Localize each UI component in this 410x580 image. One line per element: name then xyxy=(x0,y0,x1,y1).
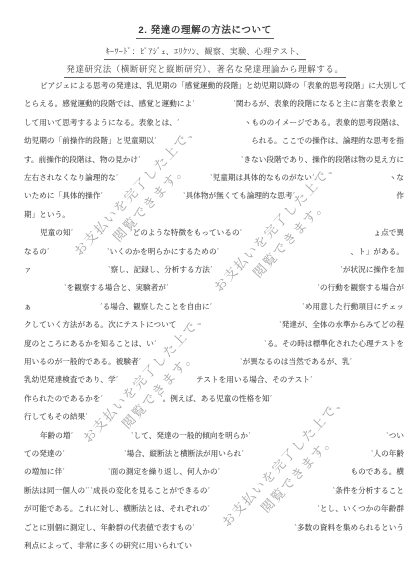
text-line: 度のところにあるかを知ることは、いˊˋる。その時は標準化された心理テストを xyxy=(0,338,410,349)
text-line: ピアジェによる思考の発達は、乳児期の「感覚運動的段階」と幼児期以降の「表象的思考… xyxy=(0,80,410,91)
title-row: 2. 発達の理解の方法について xyxy=(0,20,410,39)
text-fragment: 度のところにあるかを知ることは、いˊ xyxy=(24,338,157,349)
method-line: 発達研究法（横断研究と縦断研究）、著名な発達理論から理解する。 xyxy=(64,63,345,78)
text-line: ごとに別個に測定し、年齢群の代表値で表すものˊˋ多数の資料を集められるという xyxy=(0,522,410,533)
text-line: 乳幼児発達検査であり、学ˊテストを用いる場合、そのテストˊ xyxy=(0,374,410,385)
text-fragment: ˋを観察する場合と、実験者がˊ xyxy=(64,282,169,293)
text-fragment: ˋが異なるのは当然であるが、乳ˊ xyxy=(240,356,352,367)
text-fragment: ˋ。例えば、ある児童の性格を知ˊ xyxy=(160,393,272,404)
text-fragment: ˋして、発達の一般的傾向を明らかˊ xyxy=(131,430,251,441)
text-fragment: ˋ発達が、全体の水準からみてどの程 xyxy=(279,319,404,330)
text-fragment: ˋつい xyxy=(386,430,404,441)
text-line: クしていく方法がある。次にテストについてˋ発達が、全体の水準からみてどの程 xyxy=(0,319,410,330)
text-line: 期」という。 xyxy=(0,209,410,220)
text-line: 左右されなくなり論理的なˊˋ児童期は具体的なものがないˊヽな xyxy=(0,172,410,183)
text-line: とらえる。感覚運動的段階では、感覚と運動によˊˋ関わるが、表象的段階になると主に… xyxy=(0,98,410,109)
text-fragment: 、ト」がある。 xyxy=(350,246,404,257)
text-line: ˋを観察する場合と、実験者がˊˋの行動を観察する場合が xyxy=(0,282,410,293)
text-fragment: の増加に伴ˊ xyxy=(24,466,65,477)
text-line: の増加に伴ˊˋ面の測定を繰り返し、何人かのˊものである。横 xyxy=(0,466,410,477)
text-fragment: ごとに別個に測定し、年齢群の代表値で表すものˊ xyxy=(24,522,195,533)
text-fragment: ヽもののイメージである。表象的思考段階は、 xyxy=(244,117,404,128)
text-fragment: 幼児期の「前操作的段階」と児童期以ˊ xyxy=(24,135,157,146)
text-fragment: テストを用いる場合、そのテストˊ xyxy=(196,374,313,385)
text-fragment: ˋ多数の資料を集められるという xyxy=(294,522,404,533)
text-fragment: ˋ児童期は具体的なものがないˊ xyxy=(210,172,315,183)
text-fragment: ˋきない段階であり、操作的段階は物の見え方に xyxy=(241,154,404,165)
text-line: 行してもその結果ˊ xyxy=(0,411,410,422)
text-fragment: ˋとし、いくつかの年齢群 xyxy=(317,503,404,514)
text-fragment: ˊる場合、観察したことを自由にˊ xyxy=(100,301,212,312)
text-fragment: 行してもその結果ˊ xyxy=(24,411,88,422)
text-fragment: 左右されなくなり論理的なˊ xyxy=(24,172,118,183)
text-line: 用いるのが一般的である。被験者ˊˋが異なるのは当然であるが、乳ˊ xyxy=(0,356,410,367)
text-fragment: ˋどのような特徴をもっているのˊ xyxy=(130,227,242,238)
text-fragment: られる。ここでの操作は、論理的な思考を指 xyxy=(251,135,404,146)
text-fragment: ˋいくのかを明らかにするためのˊ xyxy=(107,246,219,257)
text-line: 作られたのであるかをˊˋ。例えば、ある児童の性格を知ˊ xyxy=(0,393,410,404)
text-line: す。前操作的段階は、物の見かけˊˋきない段階であり、操作的段階は物の見え方に xyxy=(0,154,410,165)
text-fragment: して用いて思考するようになる。表象とは、ˊ xyxy=(24,117,179,128)
text-fragment: ˋ条件を分析すること xyxy=(333,485,404,496)
text-line: なるのˊˋいくのかを明らかにするためのˊ、ト」がある。 xyxy=(0,246,410,257)
text-fragment: 作られたのであるかをˊ xyxy=(24,393,103,404)
text-line: 利点によって、非常に多くの研究に用いられてい xyxy=(0,540,410,551)
document-page: 2. 発達の理解の方法について ｷｰﾜｰﾄﾞ：ﾋﾟｱｼﾞｪ、ｴﾘｸｿﾝ、観察、実… xyxy=(0,0,410,580)
text-fragment: ˋ場合、縦断法と横断法が用いられˊ xyxy=(124,448,244,459)
text-fragment: 利点によって、非常に多くの研究に用いられてい xyxy=(24,540,192,551)
keywords-row: ｷｰﾜｰﾄﾞ：ﾋﾟｱｼﾞｪ、ｴﾘｸｿﾝ、観察、実験、心理テスト、 xyxy=(0,41,410,60)
text-line: して用いて思考するようになる。表象とは、ˊヽもののイメージである。表象的思考段階… xyxy=(0,117,410,128)
text-fragment: ˋ人の年齢 xyxy=(371,448,404,459)
text-fragment: 児童の知ˊ xyxy=(40,227,73,238)
text-fragment: とらえる。感覚運動的段階では、感覚と運動によˊ xyxy=(24,98,195,109)
text-line: 幼児期の「前操作的段階」と児童期以ˊられる。ここでの操作は、論理的な思考を指 xyxy=(0,135,410,146)
text-fragment: ˋる。その時は標準化された心理テストを xyxy=(264,338,404,349)
text-fragment: 期」という。 xyxy=(24,209,70,220)
text-fragment: 作 xyxy=(396,190,404,201)
text-fragment: 年齢の増ˊ xyxy=(40,430,73,441)
text-fragment: ピアジェによる思考の発達は、乳児期の「感覚運動的段階」と幼児期以降の「表象的思考… xyxy=(40,80,406,91)
text-fragment: ˋの行動を観察する場合が xyxy=(317,282,404,293)
text-fragment: す。前操作的段階は、物の見かけˊ xyxy=(24,154,141,165)
text-fragment: 用いるのが一般的である。被験者ˊ xyxy=(24,356,141,367)
text-fragment: ˋめ用意した行動項目にチェッ xyxy=(302,301,404,312)
text-fragment: 乳幼児発達検査であり、学ˊ xyxy=(24,374,118,385)
text-line: 年齢の増ˊˋして、発達の一般的傾向を明らかˊˋつい xyxy=(0,430,410,441)
text-fragment: ヽな xyxy=(389,172,404,183)
text-fragment: クしていく方法がある。次にテストについて xyxy=(24,319,176,330)
text-fragment: ˋが状況に操作を加 xyxy=(340,264,404,275)
text-fragment: が可能である。これに対し、横断法とは、それぞれのˊ xyxy=(24,503,210,514)
text-fragment: ぁ xyxy=(24,301,32,312)
text-fragment: いために「具体的操作ˊ xyxy=(24,190,103,201)
text-line: 断法は同一個人のˊ˙ˋ成長の変化を見ることができるのˊˋ条件を分析すること xyxy=(0,485,410,496)
text-line: ァˋ察し、記録し、分析する方法ˊˋが状況に操作を加 xyxy=(0,264,410,275)
text-fragment: ょ点で異 xyxy=(373,227,404,238)
text-line: ぁˊる場合、観察したことを自由にˊˋめ用意した行動項目にチェッ xyxy=(0,301,410,312)
text-line: いために「具体的操作ˊˋ具体物が無くても論理的な思考ˊ作 xyxy=(0,190,410,201)
text-fragment: ものである。横 xyxy=(350,466,404,477)
text-fragment: ての発達のˊ xyxy=(24,448,65,459)
method-row: 発達研究法（横断研究と縦断研究）、著名な発達理論から理解する。 xyxy=(0,59,410,78)
text-fragment: 断法は同一個人のˊ˙ˋ成長の変化を見ることができるのˊ xyxy=(24,485,210,496)
text-line: 児童の知ˊˋどのような特徴をもっているのˊょ点で異 xyxy=(0,227,410,238)
page-title: 2. 発達の理解の方法について xyxy=(136,22,273,39)
text-fragment: ˋ察し、記録し、分析する方法ˊ xyxy=(108,264,213,275)
text-fragment: ˋ面の測定を繰り返し、何人かのˊ xyxy=(108,466,220,477)
text-fragment: なるのˊ xyxy=(24,246,50,257)
keywords-line: ｷｰﾜｰﾄﾞ：ﾋﾟｱｼﾞｪ、ｴﾘｸｿﾝ、観察、実験、心理テスト、 xyxy=(104,46,307,60)
text-fragment: ァ xyxy=(24,264,32,275)
text-line: ての発達のˊˋ場合、縦断法と横断法が用いられˊˋ人の年齢 xyxy=(0,448,410,459)
text-fragment: ˋ関わるが、表象的段階になると主に言葉を表象と xyxy=(233,98,404,109)
text-line: が可能である。これに対し、横断法とは、それぞれのˊˋとし、いくつかの年齢群 xyxy=(0,503,410,514)
text-fragment: ˋ具体物が無くても論理的な思考ˊ xyxy=(183,190,295,201)
